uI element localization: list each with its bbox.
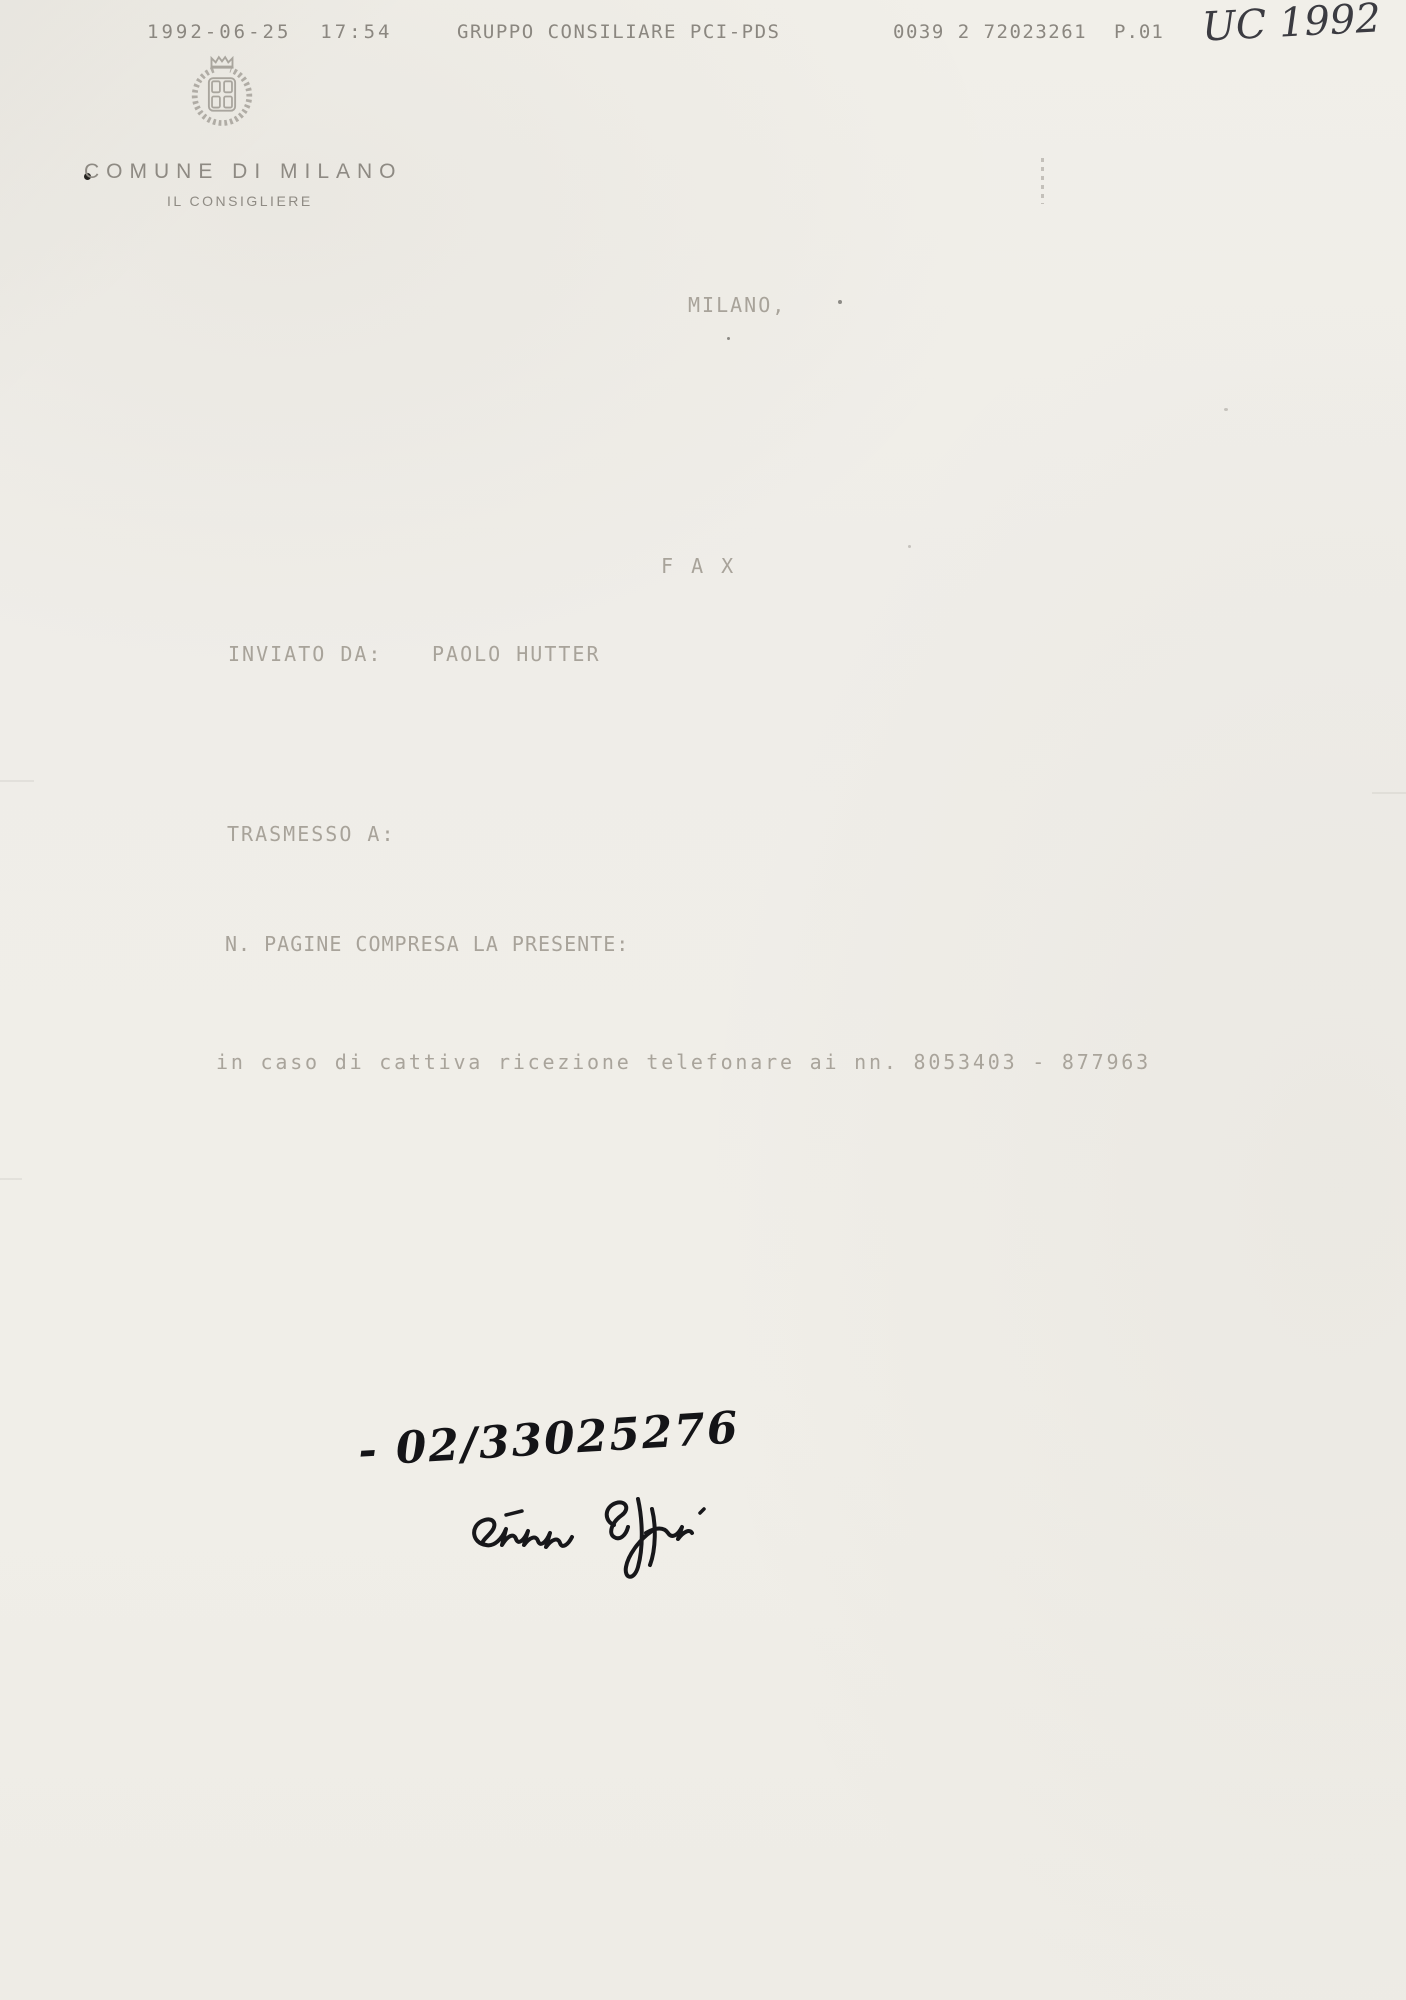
letterhead-organization: COMUNE DI MILANO	[84, 160, 403, 184]
comune-di-milano-crest-icon	[189, 54, 255, 138]
transmitted-to-label: TRASMESSO A:	[227, 822, 396, 846]
scan-speck	[727, 337, 730, 340]
sent-by-label: INVIATO DA:	[228, 642, 382, 666]
paper-crease	[1372, 792, 1406, 794]
paper-crease	[0, 780, 34, 782]
bad-reception-note: in caso di cattiva ricezione telefonare …	[216, 1050, 1151, 1074]
paper-crease	[0, 1178, 22, 1180]
handwritten-archive-note: UC 1992	[1201, 0, 1382, 51]
letterhead-role: IL CONSIGLIERE	[167, 193, 313, 209]
scan-speck	[1224, 408, 1228, 411]
city-date-line: MILANO,	[688, 293, 786, 317]
scan-speck	[838, 300, 842, 304]
sent-by-value: PAOLO HUTTER	[432, 642, 601, 666]
page-count-label: N. PAGINE COMPRESA LA PRESENTE:	[225, 932, 629, 956]
fax-header-sender: GRUPPO CONSILIARE PCI-PDS	[457, 21, 780, 45]
document-type-title: F A X	[661, 554, 736, 578]
signature-handwriting	[462, 1487, 722, 1587]
fax-header-page: P.01	[1114, 21, 1164, 45]
handwritten-phone-note: - 02/33025276	[357, 1402, 741, 1476]
fax-header-datetime: 1992-06-25 17:54	[147, 21, 392, 45]
scanned-fax-page: 1992-06-25 17:54 GRUPPO CONSILIARE PCI-P…	[0, 0, 1406, 2000]
scan-artifact	[1041, 158, 1044, 204]
scan-speck	[908, 545, 911, 548]
fax-header-number: 0039 2 72023261	[893, 21, 1087, 45]
